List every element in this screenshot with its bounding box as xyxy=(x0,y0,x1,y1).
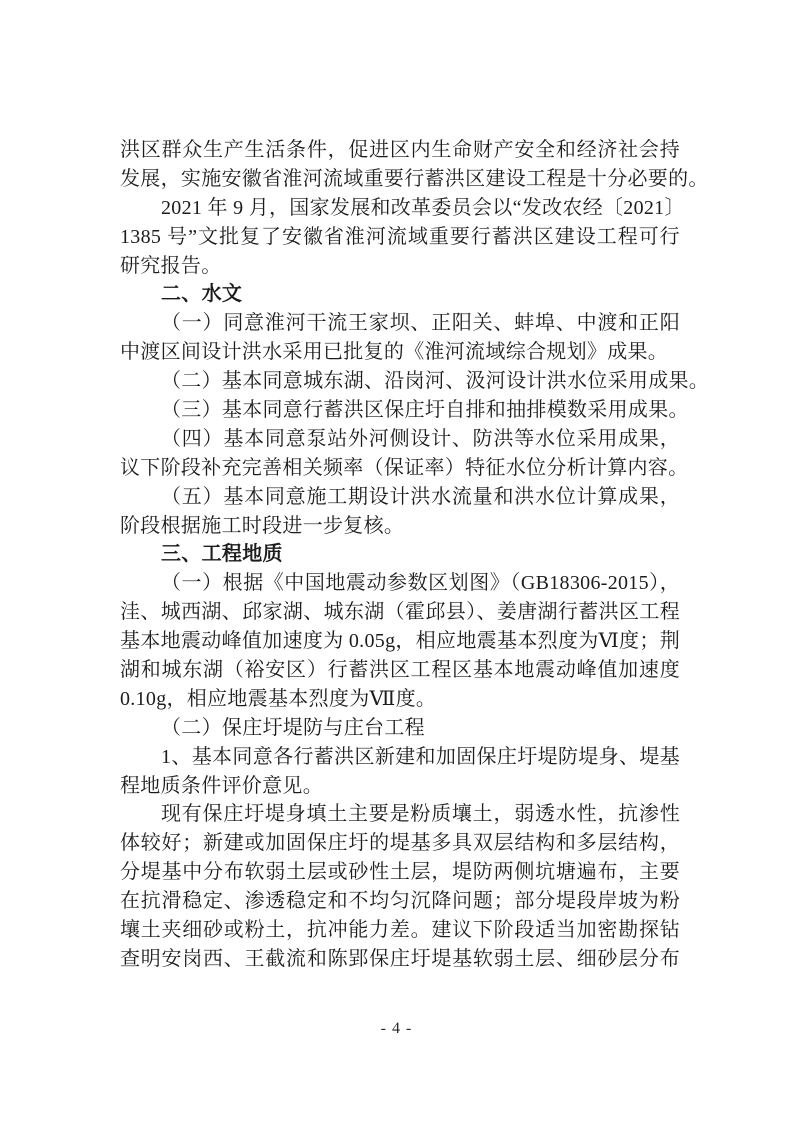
body-line: 体较好；新建或加固保庄圩的堤基多具双层结构和多层结构，部 xyxy=(120,829,680,858)
body-line: （三）基本同意行蓄洪区保庄圩自排和抽排模数采用成果。 xyxy=(120,396,680,425)
body-line: （二）保庄圩堤防与庄台工程 xyxy=(120,714,680,743)
body-line: 洪区群众生产生活条件，促进区内生命财产安全和经济社会持续 xyxy=(120,136,680,165)
body-line: 湖和城东湖（裕安区）行蓄洪区工程区基本地震动峰值加速度为 xyxy=(120,656,680,685)
document-text-block: 洪区群众生产生活条件，促进区内生命财产安全和经济社会持续 发展，实施安徽省淮河流… xyxy=(120,136,680,974)
body-line: （五）基本同意施工期设计洪水流量和洪水位计算成果，下 xyxy=(120,483,680,512)
body-line: （四）基本同意泵站外河侧设计、防洪等水位采用成果，建 xyxy=(120,425,680,454)
section-heading-engineering-geology: 三、工程地质 xyxy=(120,540,680,569)
body-line: 中渡区间设计洪水采用已批复的《淮河流域综合规划》成果。 xyxy=(120,338,680,367)
body-line: 壤土夹细砂或粉土，抗冲能力差。建议下阶段适当加密勘探钻孔， xyxy=(120,916,680,945)
body-line: 研究报告。 xyxy=(120,252,680,281)
section-heading-hydrology: 二、水文 xyxy=(120,280,680,309)
body-line: （一）同意淮河干流王家坝、正阳关、蚌埠、中渡和正阳关～ xyxy=(120,309,680,338)
body-line: 程地质条件评价意见。 xyxy=(120,772,680,801)
body-line: 2021 年 9 月，国家发展和改革委员会以“发改农经〔2021〕 xyxy=(120,194,680,223)
body-line: 议下阶段补充完善相关频率（保证率）特征水位分析计算内容。 xyxy=(120,454,680,483)
body-line: 1385 号”文批复了安徽省淮河流域重要行蓄洪区建设工程可行性 xyxy=(120,223,680,252)
page-number: - 4 - xyxy=(0,1020,793,1038)
body-line: 0.10g，相应地震基本烈度为Ⅶ度。 xyxy=(120,685,680,714)
body-line: （一）根据《中国地震动参数区划图》（GB18306-2015），濛 xyxy=(120,569,680,598)
body-line: 基本地震动峰值加速度为 0.05g，相应地震基本烈度为Ⅵ度；荆山 xyxy=(120,627,680,656)
body-line: 查明安岗西、王截流和陈郢保庄圩堤基软弱土层、细砂层分布范 xyxy=(120,945,680,974)
body-line: 现有保庄圩堤身填土主要是粉质壤土，弱透水性，抗渗性总 xyxy=(120,800,680,829)
body-line: （二）基本同意城东湖、沿岗河、汲河设计洪水位采用成果。 xyxy=(120,367,680,396)
body-line: 发展，实施安徽省淮河流域重要行蓄洪区建设工程是十分必要的。 xyxy=(120,165,680,194)
body-line: 分堤基中分布软弱土层或砂性土层，堤防两侧坑塘遍布，主要存 xyxy=(120,858,680,887)
body-line: 在抗滑稳定、渗透稳定和不均匀沉降问题；部分堤段岸坡为粉质 xyxy=(120,887,680,916)
body-line: 阶段根据施工时段进一步复核。 xyxy=(120,512,680,541)
document-page: 洪区群众生产生活条件，促进区内生命财产安全和经济社会持续 发展，实施安徽省淮河流… xyxy=(0,0,793,1121)
body-line: 洼、城西湖、邱家湖、城东湖（霍邱县）、姜唐湖行蓄洪区工程区 xyxy=(120,598,680,627)
body-line: 1、基本同意各行蓄洪区新建和加固保庄圩堤防堤身、堤基工 xyxy=(120,743,680,772)
